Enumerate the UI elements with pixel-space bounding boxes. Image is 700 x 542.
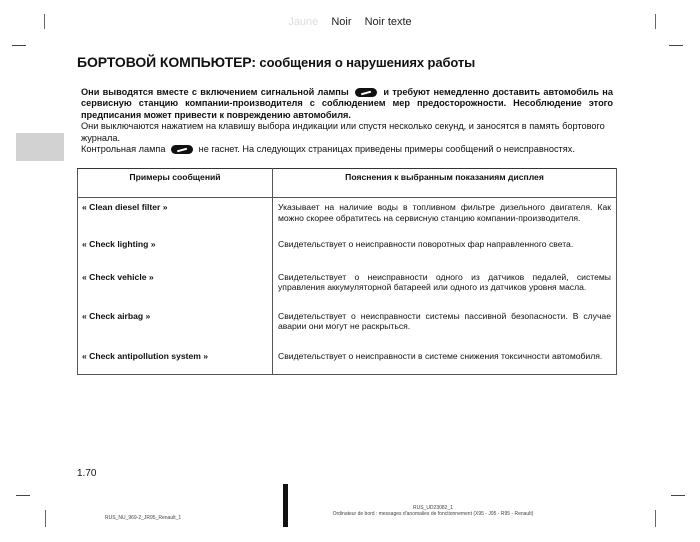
page-title: БОРТОВОЙ КОМПЬЮТЕР: сообщения о нарушени… — [77, 54, 475, 70]
page-title-sub: сообщения о нарушениях работы — [256, 55, 475, 70]
color-label-noir: Noir — [331, 16, 351, 28]
explanation-cell: Свидетельствует о неисправности системы … — [273, 307, 616, 336]
color-label-noir-texte: Noir texte — [365, 16, 412, 28]
explanation-cell: Указывает на наличие воды в топливном фи… — [273, 198, 616, 227]
message-cell: « Check airbag » — [78, 307, 272, 325]
footer-center: RUS_UD23082_1 Ordinateur de bord : messa… — [288, 505, 578, 517]
intro-normal-part2a: Контрольная лампа — [81, 144, 166, 154]
explanation-cell: Свидетельствует о неисправности одного и… — [273, 268, 616, 297]
explanation-cell: Свидетельствует о неисправности поворотн… — [273, 235, 616, 254]
message-cell: « Check lighting » — [78, 235, 272, 253]
intro-bold-part1: Они выводятся вместе с включением сигнал… — [81, 87, 349, 97]
message-cell: « Check antipollution system » — [78, 347, 272, 365]
table-row: « Check airbag » Свидетельствует о неисп… — [78, 307, 617, 347]
intro-normal-line2: Контрольная лампа не гаснет. На следующи… — [81, 144, 613, 155]
message-cell: « Check vehicle » — [78, 268, 272, 286]
message-cell: « Clean diesel filter » — [78, 198, 272, 216]
table-row: « Check antipollution system » Свидетель… — [78, 347, 617, 375]
footer-center-desc: Ordinateur de bord : messages d'anomalie… — [288, 511, 578, 517]
footer-left-code: RUS_NU_969-2_JR95_Renault_1 — [105, 515, 181, 521]
crop-mark-bottom-right — [655, 510, 656, 527]
service-wrench-warning-icon — [171, 145, 193, 154]
service-wrench-warning-icon — [355, 88, 377, 97]
crop-mark-left-bottom — [16, 495, 30, 496]
intro-normal-part2b: не гаснет. На следующих страницах привед… — [199, 144, 575, 154]
intro-warning-paragraph: Они выводятся вместе с включением сигнал… — [81, 87, 613, 121]
page-number: 1.70 — [77, 468, 96, 479]
crop-mark-left-top — [12, 45, 26, 46]
intro-text: Они выводятся вместе с включением сигнал… — [81, 87, 613, 155]
crop-mark-right-top — [669, 45, 683, 46]
table-row: « Clean diesel filter » Указывает на нал… — [78, 198, 617, 235]
page-title-main: БОРТОВОЙ КОМПЬЮТЕР: — [77, 54, 256, 70]
table-header-explanations: Пояснения к выбранным показаниям дисплея — [273, 169, 617, 198]
intro-normal-line1: Они выключаются нажатием на клавишу выбо… — [81, 121, 613, 144]
section-tab-marker — [16, 133, 64, 161]
explanation-cell: Свидетельствует о неисправности в систем… — [273, 347, 616, 366]
table-row: « Check vehicle » Свидетельствует о неис… — [78, 268, 617, 307]
crop-mark-right-bottom — [671, 495, 685, 496]
messages-table: Примеры сообщений Пояснения к выбранным … — [77, 168, 617, 375]
table-header-messages: Примеры сообщений — [78, 169, 273, 198]
color-separation-labels: Jaune Noir Noir texte — [0, 16, 700, 28]
crop-mark-bottom-left — [45, 510, 46, 527]
table-row: « Check lighting » Свидетельствует о неи… — [78, 235, 617, 268]
color-label-jaune: Jaune — [288, 16, 318, 28]
table-header-row: Примеры сообщений Пояснения к выбранным … — [78, 169, 617, 198]
